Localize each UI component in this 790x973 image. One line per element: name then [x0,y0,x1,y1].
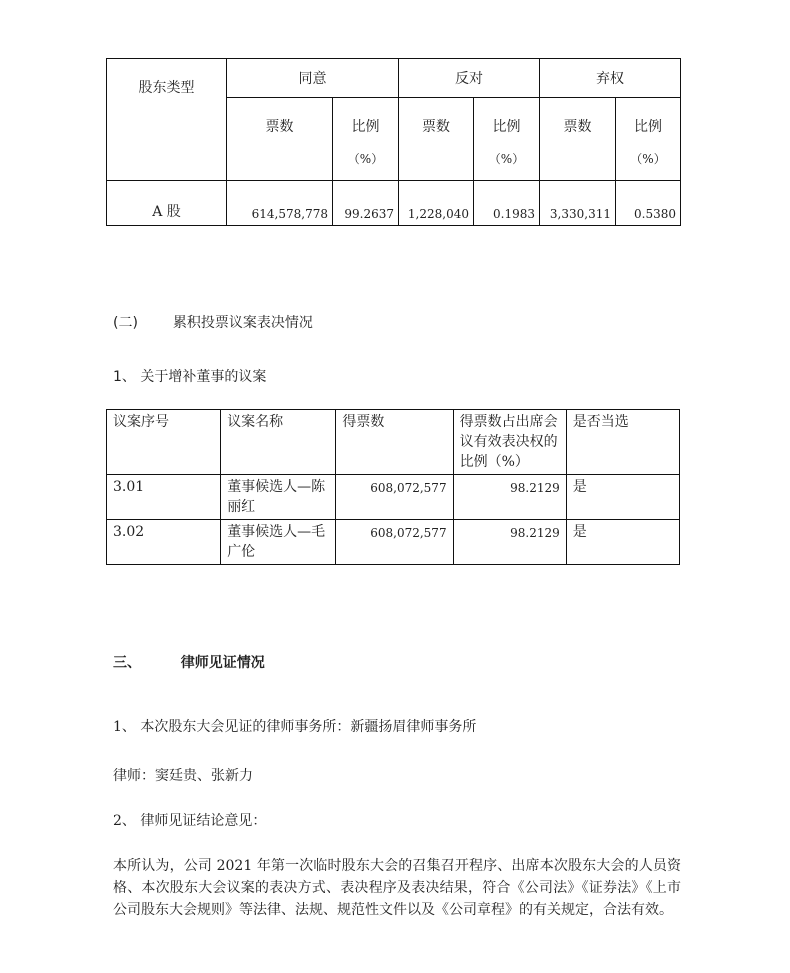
header-abstain: 弃权 [540,59,681,98]
cell-type: A 股 [107,181,227,226]
header-ratio: 得票数占出席会议有效表决权的比例（%） [453,410,566,475]
cell-votes: 608,072,577 [336,475,453,520]
cell-agree-votes: 614,578,778 [227,181,333,226]
cell-ratio: 98.2129 [453,520,566,565]
section-2-title: 累积投票议案表决情况 [173,315,313,331]
section-2-heading: (二) 累积投票议案表决情况 [113,312,313,332]
section-2-number: (二) [113,315,138,331]
cumulative-vote-table: 议案序号 议案名称 得票数 得票数占出席会议有效表决权的比例（%） 是否当选 3… [106,409,680,565]
table-row: A 股 614,578,778 99.2637 1,228,040 0.1983… [107,181,681,226]
conclusion-paragraph: 本所认为，公司 2021 年第一次临时股东大会的召集召开程序、出席本次股东大会的… [113,855,681,921]
header-oppose-votes: 票数 [399,98,474,181]
header-shareholder-type: 股东类型 [107,59,227,181]
header-proposal-no: 议案序号 [107,410,221,475]
lawyers-line: 律师：窦廷贵、张新力 [113,765,253,785]
table-row: 3.01 董事候选人—陈丽红 608,072,577 98.2129 是 [107,475,680,520]
law-firm-line: 1、 本次股东大会见证的律师事务所：新疆扬眉律师事务所 [113,716,476,736]
cell-proposal-no: 3.02 [107,520,221,565]
table-row: 3.02 董事候选人—毛广伦 608,072,577 98.2129 是 [107,520,680,565]
header-agree-votes: 票数 [227,98,333,181]
cell-votes: 608,072,577 [336,520,453,565]
item-1-title: 1、 关于增补董事的议案 [113,366,266,386]
cell-proposal-no: 3.01 [107,475,221,520]
cell-elected: 是 [566,475,679,520]
cell-abstain-ratio: 0.5380 [616,181,681,226]
cell-elected: 是 [566,520,679,565]
header-agree: 同意 [227,59,399,98]
section-3-title: 律师见证情况 [181,655,265,671]
cell-ratio: 98.2129 [453,475,566,520]
vote-results-table: 股东类型 同意 反对 弃权 票数 比例（%） 票数 比例（%） 票数 比例（%）… [106,58,681,226]
header-abstain-ratio: 比例（%） [616,98,681,181]
cell-agree-ratio: 99.2637 [333,181,399,226]
conclusion-heading: 2、 律师见证结论意见： [113,810,266,830]
header-votes: 得票数 [336,410,453,475]
header-proposal-name: 议案名称 [221,410,336,475]
cell-proposal-name: 董事候选人—毛广伦 [221,520,336,565]
cell-proposal-name: 董事候选人—陈丽红 [221,475,336,520]
header-agree-ratio: 比例（%） [333,98,399,181]
header-oppose: 反对 [399,59,540,98]
header-oppose-ratio: 比例（%） [474,98,540,181]
header-abstain-votes: 票数 [540,98,616,181]
section-3-number: 三、 [113,655,141,671]
cell-oppose-votes: 1,228,040 [399,181,474,226]
cell-oppose-ratio: 0.1983 [474,181,540,226]
section-3-heading: 三、 律师见证情况 [113,652,265,672]
header-elected: 是否当选 [566,410,679,475]
cell-abstain-votes: 3,330,311 [540,181,616,226]
